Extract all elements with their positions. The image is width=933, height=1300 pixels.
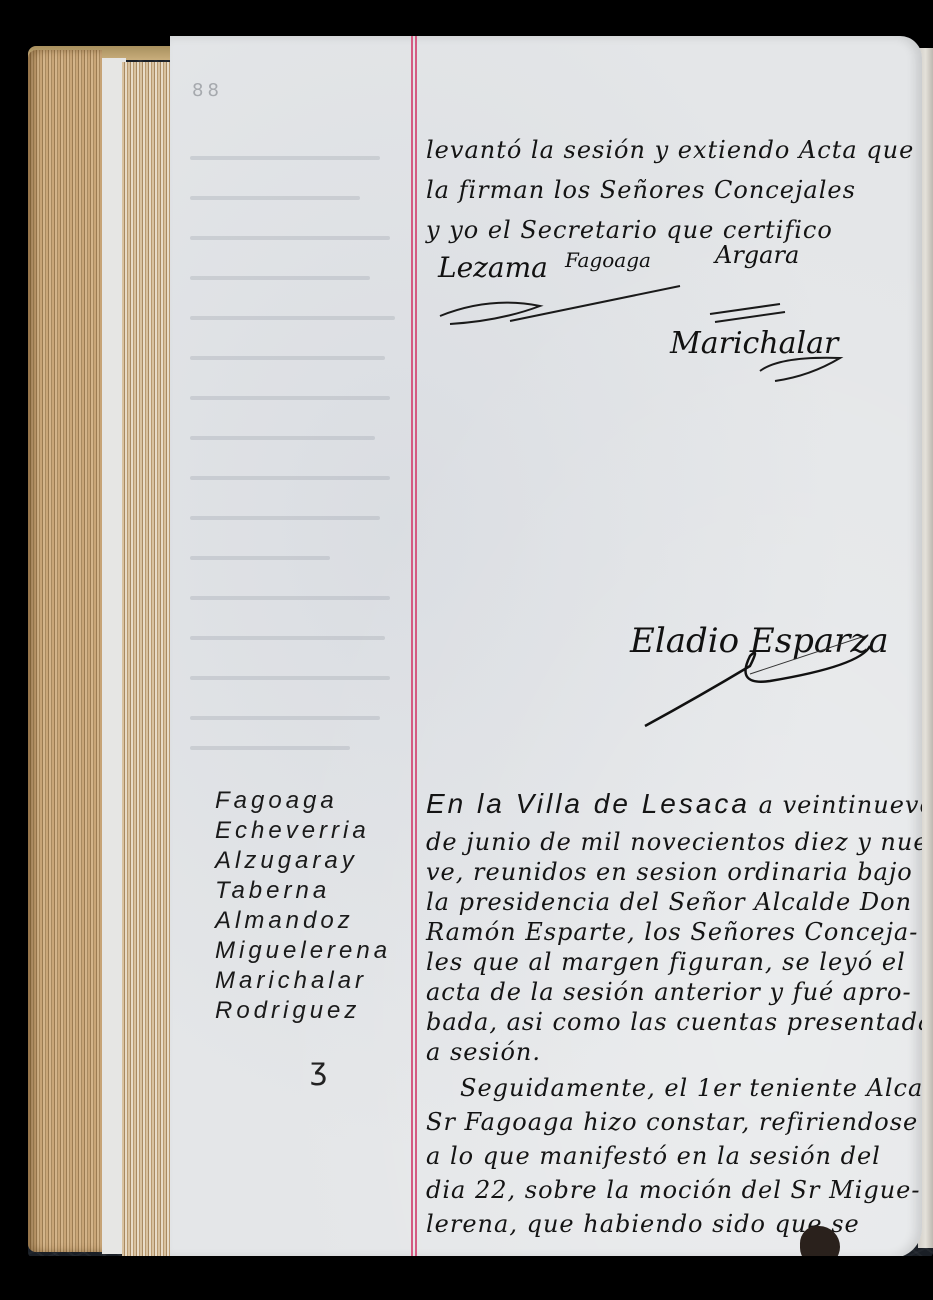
bleed-through-line: [190, 596, 400, 602]
signature-fagoaga: Fagoaga: [565, 248, 651, 272]
bleed-through-line: [190, 746, 400, 752]
text-line: la presidencia del Señor Alcalde Don: [426, 888, 912, 916]
text-line: lerena, que habiendo sido que se: [426, 1210, 860, 1238]
text-line: y yo el Secretario que certifico: [426, 216, 833, 244]
bleed-through-line: [190, 236, 400, 242]
signature-flourish: [640, 636, 880, 736]
text-line: Sr Fagoaga hizo constar, refiriendose: [426, 1108, 918, 1136]
bleed-through-line: [190, 156, 400, 162]
text-line: acta de la sesión anterior y fué apro-: [426, 978, 912, 1006]
bleed-through-line: [190, 276, 400, 282]
bleed-through-line: [190, 396, 400, 402]
text-line: Seguidamente, el 1er teniente Alcalde: [460, 1074, 922, 1102]
margin-brace-mark: ʒ: [310, 1052, 391, 1087]
text-line: a veintinueve: [759, 791, 922, 819]
attendee-name: Rodriguez: [215, 996, 391, 1026]
act-heading-line: En la Villa de Lesaca a veintinueve: [426, 788, 922, 820]
bleed-through-line: [190, 676, 400, 682]
page-stack-fore-edge: [28, 50, 102, 1252]
bleed-through-line: [190, 476, 400, 482]
bleed-through-line: [190, 196, 400, 202]
bleed-through-line: [190, 636, 400, 642]
signature-argara: Argara: [715, 241, 799, 269]
text-line: bada, asi como las cuentas presentadas: [426, 1008, 922, 1036]
bleed-through-line: [190, 716, 400, 722]
attendees-list: Fagoaga Echeverria Alzugaray Taberna Alm…: [215, 786, 391, 1087]
text-line: dia 22, sobre la moción del Sr Migue-: [426, 1176, 920, 1204]
attendee-name: Fagoaga: [215, 786, 391, 816]
bleed-through-line: [190, 436, 400, 442]
attendee-name: Marichalar: [215, 966, 391, 996]
scanned-ledger-page: 88 levantó la sesión y extiendo Acta que…: [0, 0, 933, 1300]
attendee-name: Miguelerena: [215, 936, 391, 966]
act-heading: En la Villa de Lesaca: [426, 788, 750, 819]
text-line: ve, reunidos en sesion ordinaria bajo: [426, 858, 913, 886]
margin-rule: [415, 36, 417, 1258]
text-line: a sesión.: [426, 1038, 541, 1066]
text-line: levantó la sesión y extiendo Acta que: [426, 136, 914, 164]
text-line: a lo que manifestó en la sesión del: [426, 1142, 881, 1170]
text-line: de junio de mil novecientos diez y nue-: [426, 828, 922, 856]
text-line: les que al margen figuran, se leyó el: [426, 948, 906, 976]
page-stack-inner: [122, 62, 172, 1258]
bleed-through-line: [190, 316, 400, 322]
page-number: 88: [192, 80, 223, 101]
ledger-page: 88 levantó la sesión y extiendo Acta que…: [170, 36, 922, 1258]
background-shadow: [28, 1256, 933, 1300]
signature-flourishes: [430, 276, 850, 386]
attendee-name: Alzugaray: [215, 846, 391, 876]
text-line: la firman los Señores Concejales: [426, 176, 856, 204]
attendee-name: Echeverria: [215, 816, 391, 846]
attendee-name: Taberna: [215, 876, 391, 906]
bleed-through-line: [190, 356, 400, 362]
bleed-through-line: [190, 556, 400, 562]
margin-rule: [411, 36, 413, 1258]
bleed-through-line: [190, 516, 400, 522]
attendee-name: Almandoz: [215, 906, 391, 936]
text-line: Ramón Esparte, los Señores Conceja-: [426, 918, 918, 946]
